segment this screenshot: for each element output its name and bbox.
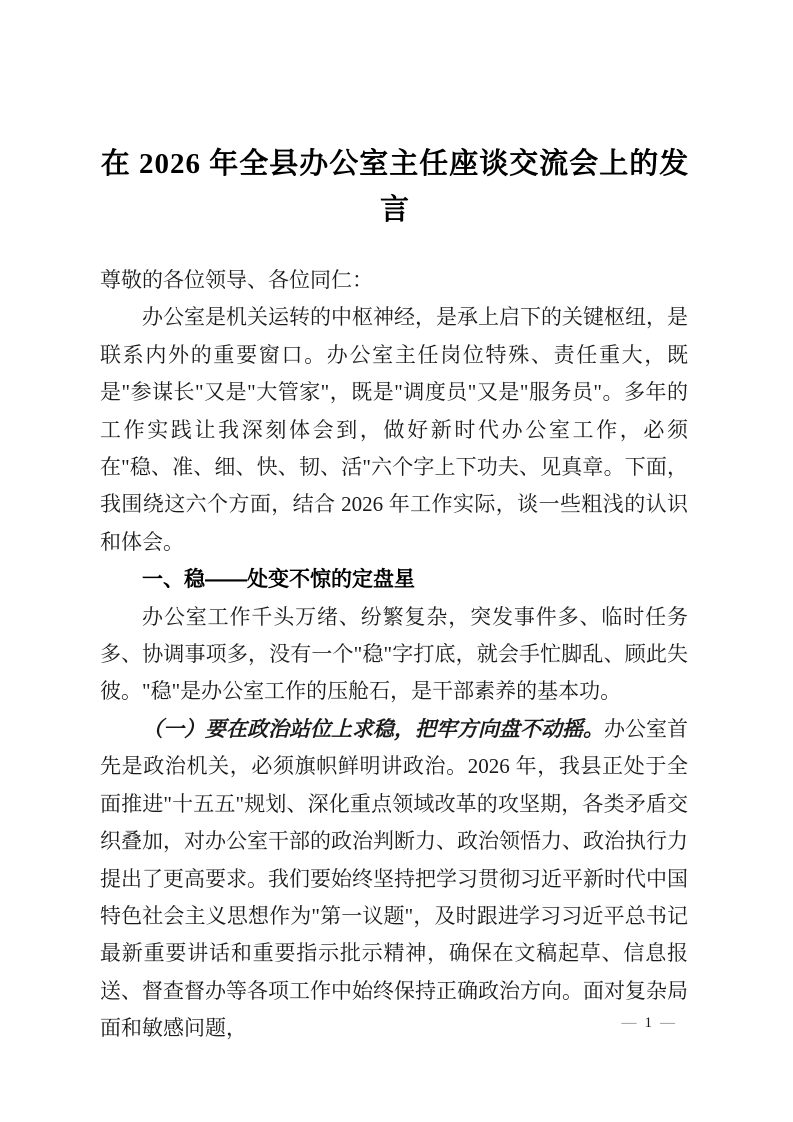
point-1-text: 办公室首先是政治机关，必须旗帜鲜明讲政治。2026 年，我县正处于全面推进"十五… xyxy=(100,717,688,1040)
document-body: 尊敬的各位领导、各位同仁： 办公室是机关运转的中枢神经，是承上启下的关键枢纽，是… xyxy=(100,262,688,1048)
page-footer: —1— xyxy=(622,1012,676,1034)
point-1-lead: （一）要在政治站位上求稳，把牢方向盘不动摇。 xyxy=(142,717,604,741)
footer-dash-left: — xyxy=(622,1015,637,1031)
footer-dash-right: — xyxy=(660,1015,675,1031)
section-1-paragraph: 办公室工作千头万绪、纷繁复杂，突发事件多、临时任务多、协调事项多，没有一个"稳"… xyxy=(100,599,688,711)
salutation-line: 尊敬的各位领导、各位同仁： xyxy=(100,262,688,299)
intro-paragraph: 办公室是机关运转的中枢神经，是承上启下的关键枢纽，是联系内外的重要窗口。办公室主… xyxy=(100,299,688,561)
footer-page-number: 1 xyxy=(637,1015,661,1031)
document-page: 在 2026 年全县办公室主任座谈交流会上的发言 尊敬的各位领导、各位同仁： 办… xyxy=(0,0,793,1122)
section-1-heading: 一、稳——处变不惊的定盘星 xyxy=(100,561,688,598)
document-title: 在 2026 年全县办公室主任座谈交流会上的发言 xyxy=(100,141,690,233)
point-1-paragraph: （一）要在政治站位上求稳，把牢方向盘不动摇。办公室首先是政治机关，必须旗帜鲜明讲… xyxy=(100,711,688,1048)
